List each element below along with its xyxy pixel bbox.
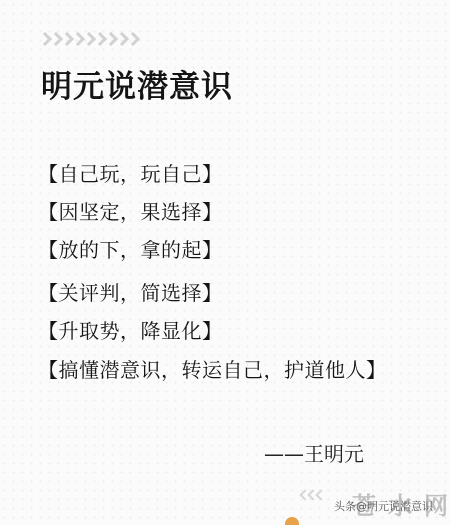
quote-line: 【搞懂潜意识，转运自己，护道他人】 [38,354,387,383]
quote-line: 【自己玩，玩自己】 [38,158,223,187]
page-title: 明元说潜意识 [41,61,233,106]
chevron-left-icon [306,488,314,502]
source-watermark: 头条@明元说潜意识 [334,498,433,514]
watermark-chevrons [298,488,322,502]
author-signature: ——王明元 [264,438,364,467]
decorative-chevron-row [40,31,139,47]
quote-line: 【因坚定，果选择】 [38,196,223,225]
chevron-right-icon [128,31,139,47]
quote-line: 【升取势，降显化】 [38,315,223,344]
quote-line: 【放的下，拿的起】 [38,234,223,263]
chevron-left-icon [298,488,306,502]
watermark-logo-icon [285,517,299,525]
quote-line: 【关评判，简选择】 [38,277,223,306]
chevron-left-icon [314,488,322,502]
